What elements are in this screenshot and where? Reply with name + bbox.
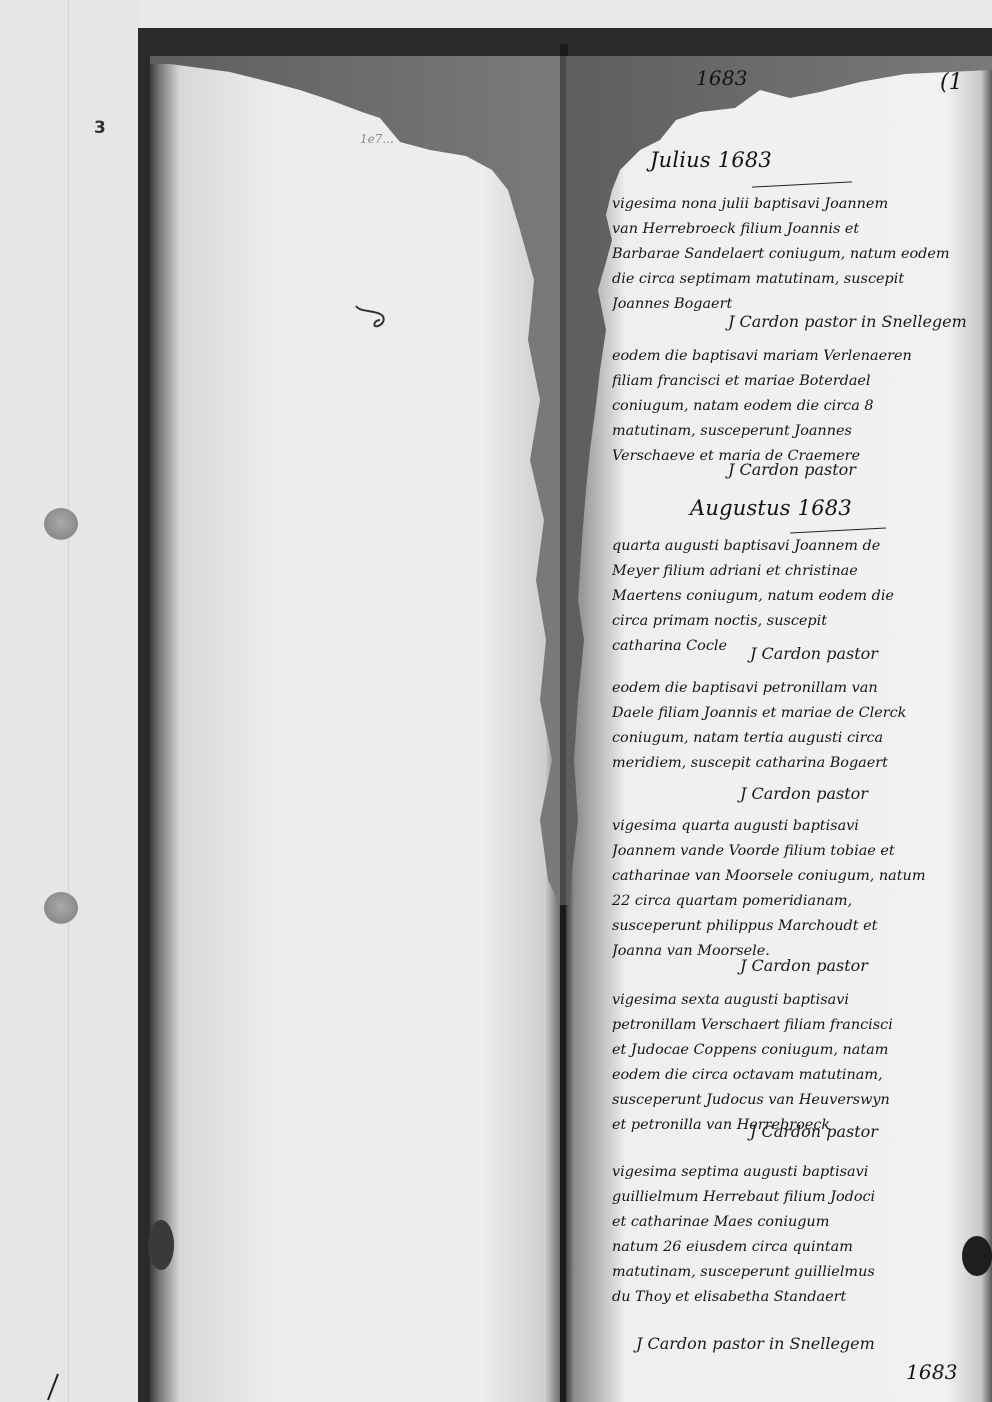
entry-line: coniugum, natam tertia augusti circa [612, 726, 982, 751]
register-entry: eodem die baptisavi mariam Verlenaeren f… [612, 344, 982, 469]
entry-line: eodem die circa octavam matutinam, [612, 1063, 982, 1088]
entry-line: susceperunt philippus Marchoudt et [612, 914, 982, 939]
entry-line: et Judocae Coppens coniugum, natam [612, 1038, 982, 1063]
entry-line: filiam francisci et mariae Boterdael [612, 369, 982, 394]
pastor-signature: J Cardon pastor [750, 1122, 878, 1141]
month-heading-julius: Julius 1683 [650, 148, 772, 172]
pastor-closing-signature: J Cardon pastor in Snellegem [636, 1334, 875, 1353]
register-entry: vigesima sexta augusti baptisavi petroni… [612, 988, 982, 1138]
entry-line: meridiem, suscepit catharina Bogaert [612, 751, 982, 776]
register-entry: vigesima nona julii baptisavi Joannem va… [612, 192, 982, 317]
register-entry: quarta augusti baptisavi Joannem de Meye… [612, 534, 982, 659]
left-page [150, 56, 560, 1402]
entry-line: et catharinae Maes coniugum [612, 1210, 982, 1235]
entry-line: die circa septimam matutinam, suscepit [612, 267, 982, 292]
entry-line: matutinam, susceperunt Joannes [612, 419, 982, 444]
entry-line: quarta augusti baptisavi Joannem de [612, 534, 982, 559]
entry-line: catharinae van Moorsele coniugum, natum [612, 864, 982, 889]
entry-line: du Thoy et elisabetha Standaert [612, 1285, 982, 1310]
punch-hole-lower [44, 892, 78, 924]
faint-marking: 1e7... [360, 132, 394, 146]
sheet-number: 3 [94, 118, 106, 138]
entry-line: vigesima sexta augusti baptisavi [612, 988, 982, 1013]
pastor-signature: J Cardon pastor [728, 460, 856, 479]
entry-line: Barbarae Sandelaert coniugum, natum eode… [612, 242, 982, 267]
entry-line: coniugum, natam eodem die circa 8 [612, 394, 982, 419]
entry-line: eodem die baptisavi petronillam van [612, 676, 982, 701]
ink-flourish-icon [354, 302, 394, 332]
entry-line: susceperunt Judocus van Heuverswyn [612, 1088, 982, 1113]
folio-number: (1 [940, 70, 963, 95]
entry-line: vigesima nona julii baptisavi Joannem [612, 192, 982, 217]
entry-line: 22 circa quartam pomeridianam, [612, 889, 982, 914]
entry-line: circa primam noctis, suscepit [612, 609, 982, 634]
entry-line: guillielmum Herrebaut filium Jodoci [612, 1185, 982, 1210]
binder-strip: 3 [0, 0, 140, 1402]
pastor-signature: J Cardon pastor in Snellegem [728, 312, 967, 331]
ink-blot [148, 1220, 174, 1270]
binder-fold-line [68, 0, 69, 1402]
register-entry: vigesima septima augusti baptisavi guill… [612, 1160, 982, 1310]
entry-line: eodem die baptisavi mariam Verlenaeren [612, 344, 982, 369]
month-heading-augustus: Augustus 1683 [690, 496, 852, 520]
register-entry: eodem die baptisavi petronillam van Dael… [612, 676, 982, 776]
entry-line: Joannem vande Voorde filium tobiae et [612, 839, 982, 864]
entry-line: natum 26 eiusdem circa quintam [612, 1235, 982, 1260]
ink-blot [962, 1236, 992, 1276]
punch-hole-upper [44, 508, 78, 540]
entry-line: Meyer filium adriani et christinae [612, 559, 982, 584]
pastor-signature: J Cardon pastor [740, 956, 868, 975]
entry-line: Maertens coniugum, natum eodem die [612, 584, 982, 609]
pastor-signature: J Cardon pastor [740, 784, 868, 803]
entry-line: vigesima quarta augusti baptisavi [612, 814, 982, 839]
entry-line: vigesima septima augusti baptisavi [612, 1160, 982, 1185]
entry-line: van Herrebroeck filium Joannis et [612, 217, 982, 242]
register-entry: vigesima quarta augusti baptisavi Joanne… [612, 814, 982, 964]
entry-line: petronillam Verschaert filiam francisci [612, 1013, 982, 1038]
year-header: 1683 [696, 66, 748, 90]
pastor-signature: J Cardon pastor [750, 644, 878, 663]
entry-line: Daele filiam Joannis et mariae de Clerck [612, 701, 982, 726]
entry-line: matutinam, susceperunt guillielmus [612, 1260, 982, 1285]
pen-stroke-mark [44, 1372, 64, 1402]
closing-year: 1683 [906, 1360, 958, 1384]
